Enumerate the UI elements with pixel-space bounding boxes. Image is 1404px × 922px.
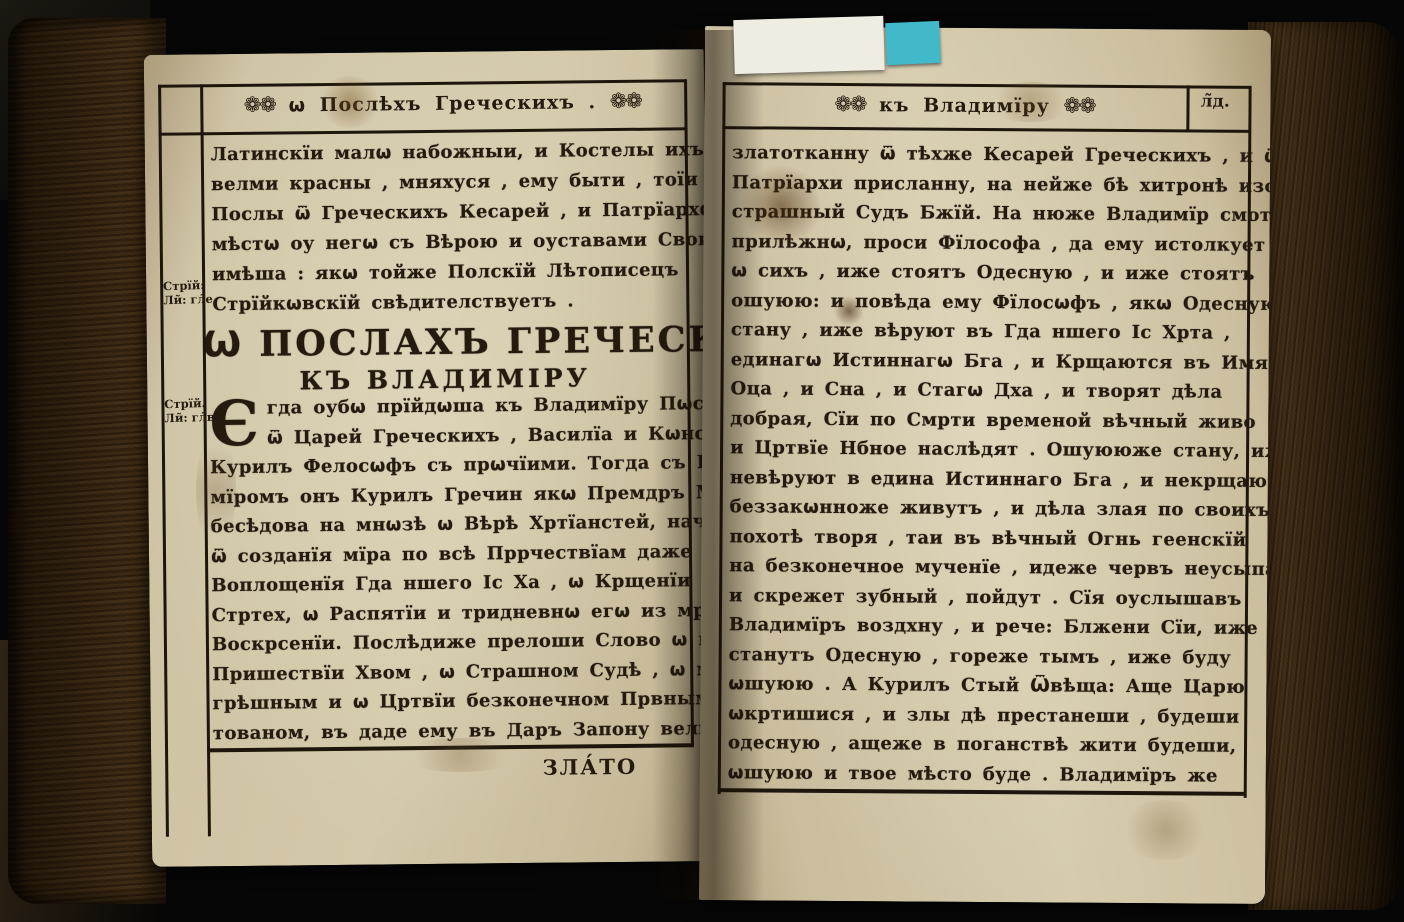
right-page: ❁❁ къ Владимїру ❁❁ л̃д. златотканну ѿ тѣ… xyxy=(699,26,1271,904)
left-page-block-edges xyxy=(8,18,166,904)
text-line: беззакѡнноже живутъ , и дѣла злая по сво… xyxy=(730,492,1236,525)
frame-rule xyxy=(723,82,1251,89)
text-line: Послы ѿ Греческихъ Кесарей , и Патрїархѡ… xyxy=(211,195,681,230)
fleuron-ornament: ❁❁ xyxy=(244,92,275,117)
paper-bookmark-slip xyxy=(733,16,884,74)
folio-number: л̃д. xyxy=(1200,91,1229,111)
text-line: тованом, въ даде ему въ Даръ Запону вели… xyxy=(213,714,691,749)
text-line: бесѣдова на мнѡзѣ ѡ Вѣрѣ Хртїанстей, нач… xyxy=(211,507,689,542)
photo-of-open-book: ❁❁ ѡ Послѣхъ Греческихъ . ❁❁ Стрїй: Ли̃:… xyxy=(0,0,1404,922)
frame-rule xyxy=(158,85,169,837)
text-line: велми красны , мняхуся , ему быти , тоїи xyxy=(211,165,681,200)
text-line: похотѣ творя , таи въ вѣчный Огнь геенск… xyxy=(729,522,1235,555)
text-line: стану , иже вѣруют въ Гда ншего Іс Хрта … xyxy=(731,315,1237,348)
text-line: грѣшным и ѡ Цртвїи безконечном Првным оу… xyxy=(212,684,690,719)
chapter-heading-line1: Ѡ ПОСЛАХЪ ГРЕЧЕСКИХЪ xyxy=(203,319,687,365)
frame-rule xyxy=(718,82,726,794)
text-line: Курилъ Фелосѡфъ съ прѡчїими. Тогда съ Вл… xyxy=(210,448,688,483)
text-line: Оца , и Сна , и Стагѡ Дха , и творят дѣл… xyxy=(730,374,1236,407)
text-line: Латинскїи малѡ набожныи, и Костелы ихъ н xyxy=(211,135,681,170)
frame-rule xyxy=(722,126,1250,133)
chapter-heading: Ѡ ПОСЛАХЪ ГРЕЧЕСКИХЪ КЪ ВЛАДИМІРУ xyxy=(203,319,688,396)
text-line: ѡшуюю . А Курилъ Стый Ѿвѣща: Аще Царю xyxy=(728,669,1234,702)
text-line: мѣстѡ оу негѡ съ Вѣрою и оуставами Своим… xyxy=(212,225,682,260)
text-line: и скрежет зубный , пойдут . Сїя оуслышав… xyxy=(729,581,1235,614)
margin-note: Стрїй: Ли̃: гл̃е xyxy=(163,278,216,307)
margin-note-line: Стрїй: xyxy=(163,278,215,293)
text-line: ѡкртишися , и злы дѣ престанеши , будеши xyxy=(728,699,1234,732)
drop-cap-initial: Є xyxy=(209,396,259,453)
text-line: Воплощенїя Гда ншего Іс Ха , ѡ Крщенїи ,… xyxy=(211,566,689,601)
running-title-left: ❁❁ ѡ Послѣхъ Греческихъ . ❁❁ xyxy=(200,87,684,117)
frame-rule xyxy=(158,79,686,88)
running-title-text: къ Владимїру xyxy=(879,94,1050,117)
text-line: ѡ сихъ , иже стоятъ Одесную , и иже стоя… xyxy=(731,256,1237,289)
text-line: прилѣжнѡ, проси Фїлософа , да ему истолк… xyxy=(731,227,1237,260)
catchword: ЗЛА́ТО xyxy=(207,754,637,784)
text-line: Воскрсенїи. Послѣдиже прелоши Слово ѡ вт… xyxy=(212,625,690,660)
text-line: единагѡ Истиннагѡ Бга , и Крщаются въ Им… xyxy=(731,345,1237,378)
fleuron-ornament: ❁❁ xyxy=(610,88,641,113)
right-body-text: златотканну ѿ тѣхже Кесарей Греческихъ ,… xyxy=(728,138,1239,791)
text-line: Стрїйкѡвскїй свѣдителствуетъ . xyxy=(212,285,682,320)
text-line: Владимїръ воздхну , и рече: Блжени Сїи, … xyxy=(729,610,1235,643)
text-line: на безконечное мученїе , идеже червъ неу… xyxy=(729,551,1235,584)
text-line: ошуюю: и повѣда ему Фїлосѡфъ , якѡ Одесн… xyxy=(731,286,1237,319)
right-page-block-edges xyxy=(1248,22,1400,910)
left-body-paragraph: Є гда оубѡ прїйдѡша къ Владимїру Пѡслы ѿ… xyxy=(209,389,691,748)
folio-cell-rule xyxy=(1186,85,1189,131)
cyan-bookmark-tab xyxy=(885,21,941,65)
margin-note-line: Ли̃: гл̃е xyxy=(163,292,215,307)
text-line: имѣша : якѡ тойже Полскїй Лѣтописецъ xyxy=(212,255,682,290)
fleuron-ornament: ❁❁ xyxy=(834,91,865,116)
left-intro-paragraph: Латинскїи малѡ набожныи, и Костелы ихъ н… xyxy=(211,135,683,320)
text-line: ѡшуюю и твое мѣсто буде . Владимїръ же xyxy=(728,758,1234,791)
text-line: гда оубѡ прїйдѡша къ Владимїру Пѡслы xyxy=(209,389,687,424)
text-line: Патрїархи присланну, на нейже бѣ хитронѣ… xyxy=(732,168,1238,201)
text-line: одесную , ащеже в поганствѣ жити будеши, xyxy=(728,728,1234,761)
text-line: станутъ Одесную , гореже тымъ , иже буду xyxy=(729,640,1235,673)
frame-rule xyxy=(159,127,687,136)
running-title-right: ❁❁ къ Владимїру ❁❁ xyxy=(764,90,1164,118)
ink-blot xyxy=(6,500,32,546)
text-line: страшный Судъ Бжїй. На нюже Владимїр смо… xyxy=(732,197,1238,230)
text-line: златотканну ѿ тѣхже Кесарей Греческихъ ,… xyxy=(732,138,1238,171)
fleuron-ornament: ❁❁ xyxy=(1063,93,1094,118)
text-line: и Цртвїе Нбное наслѣдят . Ошуююже стану,… xyxy=(730,433,1236,466)
running-title-text: ѡ Послѣхъ Греческихъ . xyxy=(288,91,596,116)
text-line: добрая, Сїи по Смрти временой вѣчный жив… xyxy=(730,404,1236,437)
left-page: ❁❁ ѡ Послѣхъ Греческихъ . ❁❁ Стрїй: Ли̃:… xyxy=(144,49,712,867)
text-line: невѣруют в едина Истиннаго Бга , и некрщ… xyxy=(730,463,1236,496)
